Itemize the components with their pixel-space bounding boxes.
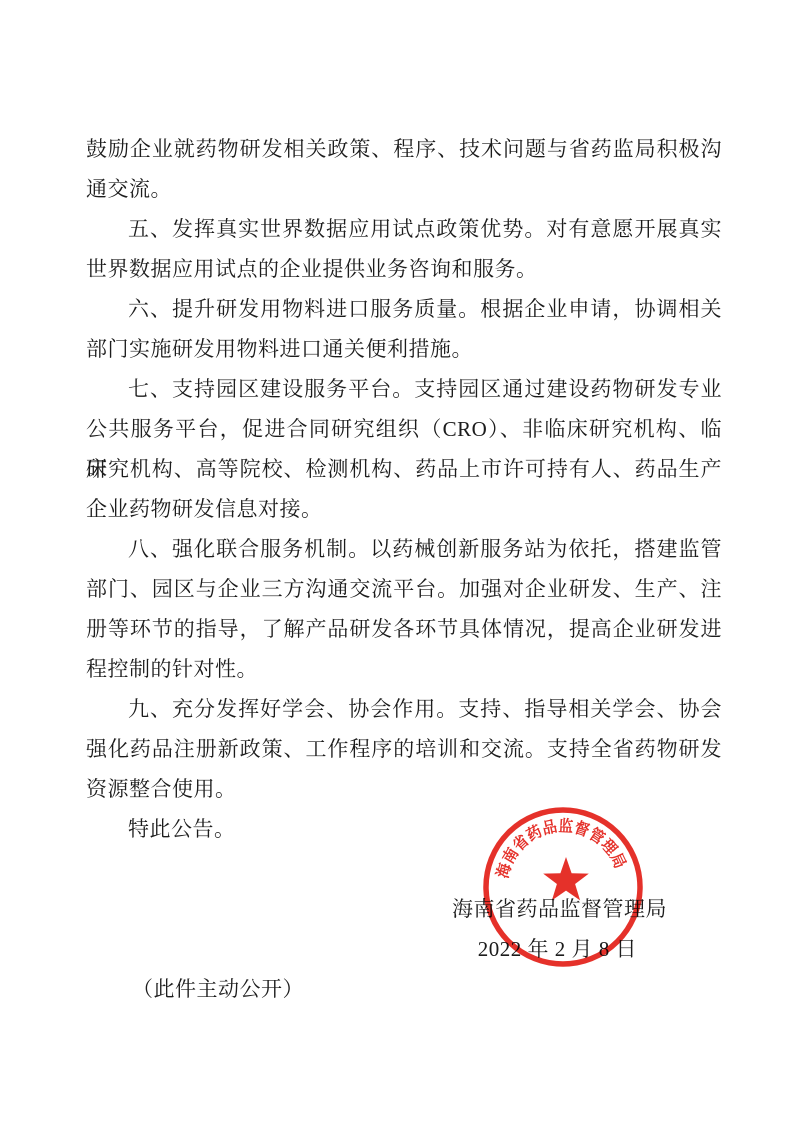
text-line: 世界数据应用试点的企业提供业务咨询和服务。 xyxy=(86,249,722,289)
document-body: 鼓励企业就药物研发相关政策、程序、技术问题与省药监局积极沟通交流。五、发挥真实世… xyxy=(86,129,722,849)
text-line: 强化药品注册新政策、工作程序的培训和交流。支持全省药物研发 xyxy=(86,729,722,769)
text-line: 公共服务平台，促进合同研究组织（CRO）、非临床研究机构、临床 xyxy=(86,409,722,449)
issue-date: 2022 年 2 月 8 日 xyxy=(86,929,722,969)
text-line: 资源整合使用。 xyxy=(86,769,722,809)
text-line: 程控制的针对性。 xyxy=(86,649,722,689)
issuing-agency: 海南省药品监督管理局 xyxy=(86,889,722,929)
text-line: 特此公告。 xyxy=(86,809,722,849)
text-line: 八、强化联合服务机制。以药械创新服务站为依托，搭建监管 xyxy=(86,529,722,569)
text-line: 企业药物研发信息对接。 xyxy=(86,489,722,529)
text-line: 部门实施研发用物料进口通关便利措施。 xyxy=(86,329,722,369)
disclosure-note: （此件主动公开） xyxy=(86,969,722,1009)
text-line: 七、支持园区建设服务平台。支持园区通过建设药物研发专业 xyxy=(86,369,722,409)
text-line: 鼓励企业就药物研发相关政策、程序、技术问题与省药监局积极沟 xyxy=(86,129,722,169)
text-line: 研究机构、高等院校、检测机构、药品上市许可持有人、药品生产 xyxy=(86,449,722,489)
text-line: 六、提升研发用物料进口服务质量。根据企业申请，协调相关 xyxy=(86,289,722,329)
signature-block: 海南省药品监督管理局 2022 年 2 月 8 日 xyxy=(86,889,722,969)
text-line: 部门、园区与企业三方沟通交流平台。加强对企业研发、生产、注 xyxy=(86,569,722,609)
text-line: 通交流。 xyxy=(86,169,722,209)
text-line: 册等环节的指导，了解产品研发各环节具体情况，提高企业研发进 xyxy=(86,609,722,649)
document-page: 鼓励企业就药物研发相关政策、程序、技术问题与省药监局积极沟通交流。五、发挥真实世… xyxy=(0,0,800,1131)
text-line: 五、发挥真实世界数据应用试点政策优势。对有意愿开展真实 xyxy=(86,209,722,249)
text-line: 九、充分发挥好学会、协会作用。支持、指导相关学会、协会 xyxy=(86,689,722,729)
